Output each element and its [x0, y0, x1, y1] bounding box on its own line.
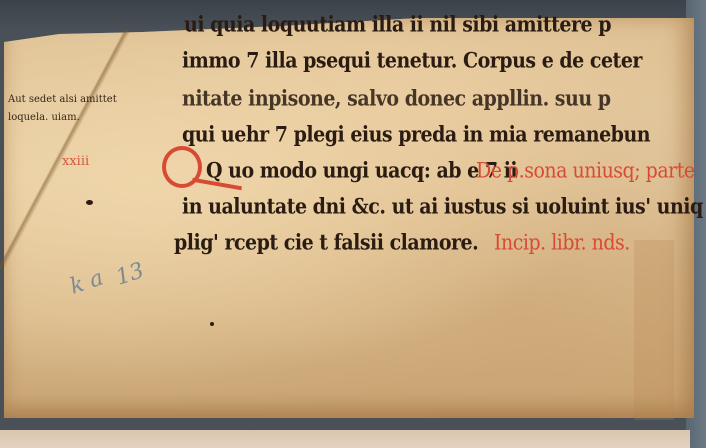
text-line-2: immo 7 illa psequi tenetur. Corpus e de …	[182, 49, 642, 74]
marginal-numeral: xxiii	[62, 154, 89, 169]
rubric-line-2: Incip. libr. nds.	[494, 231, 630, 256]
text-line-1: ui quia loquutiam illa ii nil sibi amitt…	[184, 13, 611, 38]
margin-stain	[634, 240, 674, 420]
text-line-7: plig' rcept cie t falsii clamore.	[174, 231, 478, 256]
ink-spot	[86, 200, 93, 205]
text-line-5: Q uo modo ungi uacq: ab e 7 ii	[206, 159, 517, 184]
rubric-line-1: De p.sona uniusq; parte	[476, 159, 695, 184]
text-line-4: qui uehr 7 plegi eius preda in mia reman…	[182, 123, 650, 148]
marginal-gloss-1: Aut sedet alsi amittet	[8, 94, 117, 105]
marginal-gloss-2: loquela. uiam.	[8, 112, 80, 123]
text-line-3: nitate inpisone, salvo donec appllin. su…	[182, 87, 611, 112]
underlying-page	[0, 430, 690, 448]
text-line-6: in ualuntate dni &c. ut ai iustus si uol…	[182, 195, 703, 220]
parchment-crease	[0, 30, 130, 270]
ink-spot	[210, 322, 214, 326]
